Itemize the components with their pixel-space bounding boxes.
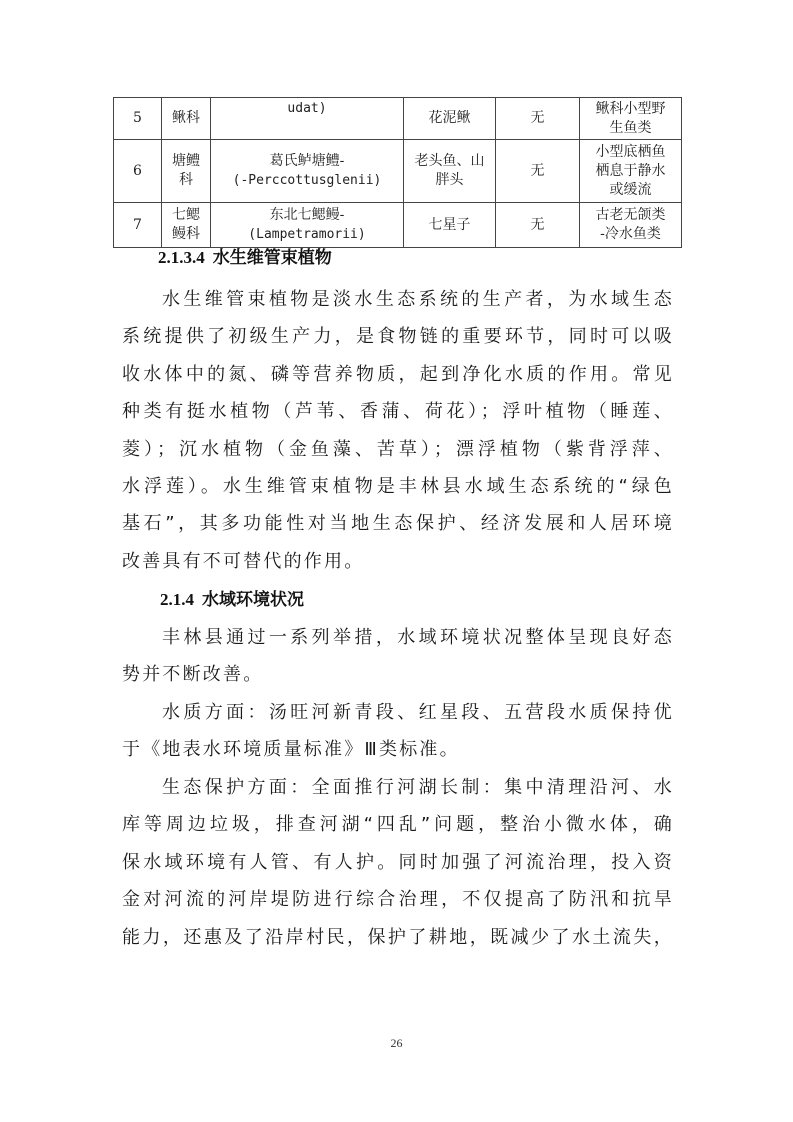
common-name-cell: 花泥鳅: [404, 98, 496, 140]
family-text: 七鳃: [164, 206, 208, 225]
scientific-name-text: 葛氏鲈塘鳢-: [213, 152, 401, 171]
paragraph-line: 生态保护方面：全面推行河湖长制：集中清理沿河、水: [162, 776, 674, 800]
table-row: 6 塘鳢 科 葛氏鲈塘鳢- (-Perccottusglenii) 老头鱼、山 …: [114, 140, 682, 203]
paragraph-line: 改善具有不可替代的作用。: [122, 550, 674, 574]
scientific-name-cell: 葛氏鲈塘鳢- (-Perccottusglenii): [211, 140, 404, 203]
scientific-name-text: udat): [213, 99, 401, 118]
common-name-text: 老头鱼、山: [406, 152, 493, 171]
scientific-name-text: (-Perccottusglenii): [213, 171, 401, 190]
note-text: 古老无颌类: [582, 206, 679, 225]
row-number: 7: [114, 203, 162, 248]
section-number: 2.1.4: [160, 590, 194, 609]
section-title: 水生维管束植物: [213, 248, 332, 268]
status-cell: 无: [496, 203, 580, 248]
section-heading-214: 2.1.4水域环境状况: [160, 589, 304, 611]
paragraph-line: 菱）；沉水植物（金鱼藻、苦草）；漂浮植物（紫背浮萍、: [122, 438, 674, 462]
section-title: 水域环境状况: [202, 590, 304, 610]
family-text: 科: [164, 171, 208, 190]
paragraph-line: 保水域环境有人管、有人护。同时加强了河流治理，投入资: [122, 851, 674, 875]
paragraph-line: 基石”，其多功能性对当地生态保护、经济发展和人居环境: [122, 512, 674, 536]
paragraph-line: 水生维管束植物是淡水生态系统的生产者，为水域生态: [162, 288, 674, 312]
common-name-text: 胖头: [406, 171, 493, 190]
note-text: 或缓流: [582, 181, 679, 200]
note-text: 小型底栖鱼: [582, 143, 679, 162]
paragraph-line: 水浮莲）。水生维管束植物是丰林县水域生态系统的“绿色: [122, 475, 674, 499]
note-text: 鳅科小型野: [582, 100, 679, 119]
note-cell: 鳅科小型野 生鱼类: [580, 98, 682, 140]
family-text: 鳅科: [164, 109, 208, 128]
document-page: 5 鳅科 udat) 花泥鳅 无 鳅科小型野 生鱼类 6 塘鳢 科 葛氏鲈塘鳢-…: [0, 0, 793, 1122]
family-cell: 七鳃 鳗科: [162, 203, 211, 248]
note-text: 栖息于静水: [582, 162, 679, 181]
scientific-name-text: (Lampetramorii): [213, 225, 401, 244]
family-text: 塘鳢: [164, 152, 208, 171]
paragraph-line: 系统提供了初级生产力，是食物链的重要环节，同时可以吸: [122, 325, 674, 349]
paragraph-line: 丰林县通过一系列举措，水域环境状况整体呈现良好态: [162, 626, 674, 650]
scientific-name-cell: 东北七鳃鳗- (Lampetramorii): [211, 203, 404, 248]
scientific-name-cell: udat): [211, 98, 404, 140]
paragraph-line: 收水体中的氮、磷等营养物质，起到净化水质的作用。常见: [122, 363, 674, 387]
note-cell: 小型底栖鱼 栖息于静水 或缓流: [580, 140, 682, 203]
section-heading-2134: 2.1.3.4水生维管束植物: [158, 247, 332, 269]
family-cell: 鳅科: [162, 98, 211, 140]
status-cell: 无: [496, 140, 580, 203]
fish-species-table: 5 鳅科 udat) 花泥鳅 无 鳅科小型野 生鱼类 6 塘鳢 科 葛氏鲈塘鳢-…: [113, 97, 682, 248]
paragraph-line: 势并不断改善。: [122, 663, 674, 687]
row-number: 5: [114, 98, 162, 140]
paragraph-line: 于《地表水环境质量标准》Ⅲ类标准。: [122, 738, 674, 762]
paragraph-line: 种类有挺水植物（芦苇、香蒲、荷花）；浮叶植物（睡莲、: [122, 400, 674, 424]
note-text: -冷水鱼类: [582, 225, 679, 244]
common-name-cell: 七星子: [404, 203, 496, 248]
common-name-cell: 老头鱼、山 胖头: [404, 140, 496, 203]
page-number: 26: [0, 1036, 793, 1051]
note-cell: 古老无颌类 -冷水鱼类: [580, 203, 682, 248]
scientific-name-text: 东北七鳃鳗-: [213, 206, 401, 225]
paragraph-line: 能力，还惠及了沿岸村民，保护了耕地，既减少了水土流失，: [122, 926, 674, 950]
note-text: 生鱼类: [582, 119, 679, 138]
paragraph-line: 库等周边垃圾，排查河湖“四乱”问题，整治小微水体，确: [122, 813, 674, 837]
family-cell: 塘鳢 科: [162, 140, 211, 203]
paragraph-line: 水质方面：汤旺河新青段、红星段、五营段水质保持优: [162, 701, 674, 725]
common-name-text: 七星子: [406, 216, 493, 235]
family-text: 鳗科: [164, 225, 208, 244]
row-number: 6: [114, 140, 162, 203]
table-row: 7 七鳃 鳗科 东北七鳃鳗- (Lampetramorii) 七星子 无 古老无…: [114, 203, 682, 248]
status-cell: 无: [496, 98, 580, 140]
table-row: 5 鳅科 udat) 花泥鳅 无 鳅科小型野 生鱼类: [114, 98, 682, 140]
section-number: 2.1.3.4: [158, 248, 205, 267]
common-name-text: 花泥鳅: [406, 109, 493, 128]
paragraph-line: 金对河流的河岸堤防进行综合治理，不仅提高了防汛和抗旱: [122, 888, 674, 912]
